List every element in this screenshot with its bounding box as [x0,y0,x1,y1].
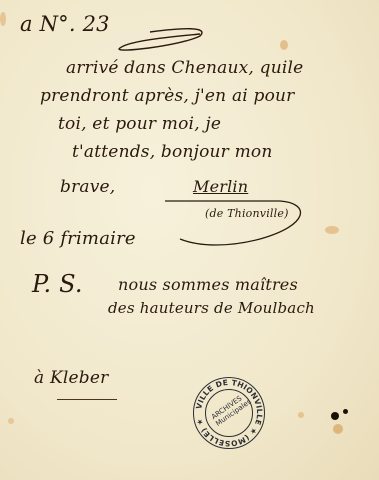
body-line-4: t'attends, bonjour mon [72,142,272,162]
body-line-2: prendront après, j'en ai pour [40,86,295,106]
postscript-line-1: nous sommes maîtres [118,275,298,294]
foxing-stain [8,418,14,424]
ink-blot [331,412,339,420]
body-line-5: brave, [60,177,115,197]
addressee-underline [57,399,117,400]
ink-blot [343,409,348,414]
addressee: à Kleber [34,368,108,388]
body-line-1: arrivé dans Chenaux, quile [66,58,303,78]
archive-stamp: VILLE DE THIONVILLE ★ (MOSELLE) ★ ARCHIV… [193,377,265,449]
letter-page: a N°. 23 arrivé dans Chenaux, quile pren… [0,0,379,480]
signature-flourish [160,195,310,255]
foxing-stain [333,424,343,434]
foxing-stain [325,226,339,234]
foxing-stain [0,12,6,26]
postscript-label: P. S. [32,270,83,298]
signature: Merlin [193,177,248,196]
body-line-3: toi, et pour moi, je [58,114,221,134]
letter-number: a N°. 23 [20,12,110,36]
date-line: le 6 frimaire [20,228,136,249]
foxing-stain [298,412,304,418]
postscript-line-2: des hauteurs de Moulbach [108,299,315,317]
